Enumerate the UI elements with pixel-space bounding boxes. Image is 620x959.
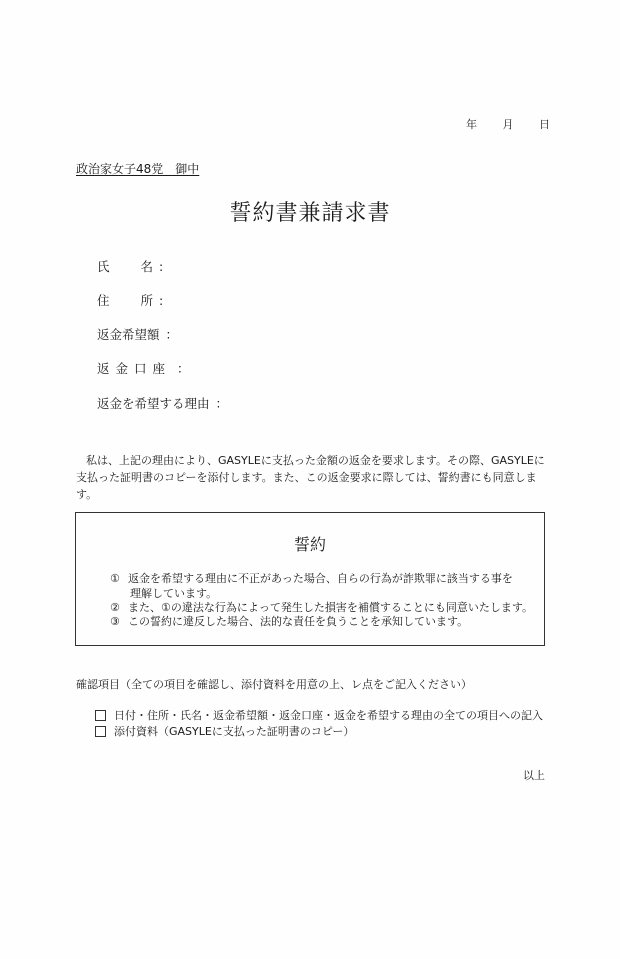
document-title: 誓約書兼請求書: [0, 196, 620, 227]
field-address: 住所:: [97, 291, 163, 309]
addressee: 政治家女子48党 御中: [76, 160, 199, 177]
confirmation-heading: 確認項目（全ての項目を確認し、添付資料を用意の上、レ点をご記入ください）: [76, 676, 472, 692]
checklist-item[interactable]: 日付・住所・氏名・返金希望額・返金口座・返金を希望する理由の全ての項目への記入: [95, 707, 543, 723]
checklist-item[interactable]: 添付資料（GASYLEに支払った証明書のコピー）: [95, 723, 354, 739]
pledge-item: ①返金を希望する理由に不正があった場合、自らの行為が詐欺罪に該当する事を: [110, 570, 513, 586]
field-refund-account: 返金口座：: [97, 359, 190, 377]
checklist-label: 日付・住所・氏名・返金希望額・返金口座・返金を希望する理由の全ての項目への記入: [114, 707, 543, 723]
pledge-item: ③この誓約に違反した場合、法的な責任を負うことを承知しています。: [110, 613, 468, 629]
month-label: 月: [503, 116, 514, 132]
year-label: 年: [466, 116, 477, 132]
checklist-label: 添付資料（GASYLEに支払った証明書のコピー）: [114, 723, 354, 739]
pledge-title: 誓約: [0, 532, 620, 555]
closing-mark: 以上: [523, 767, 545, 783]
pledge-text: 返金を希望する理由に不正があった場合、自らの行為が詐欺罪に該当する事を: [128, 572, 513, 585]
field-colon: ：: [177, 361, 190, 376]
field-label: 返金希望額: [97, 325, 160, 343]
field-colon: :: [159, 259, 163, 274]
field-refund-reason: 返金を希望する理由：: [97, 394, 228, 412]
pledge-number: ①: [110, 572, 128, 585]
field-label: 返金口座: [97, 359, 171, 377]
field-label: 住所: [97, 291, 153, 309]
field-refund-amount: 返金希望額：: [97, 325, 178, 343]
day-label: 日: [539, 116, 550, 132]
date-line: 年 月 日: [466, 116, 550, 132]
field-colon: ：: [216, 396, 229, 411]
statement-paragraph: 私は、上記の理由により、GASYLEに支払った金額の返金を要求します。その際、G…: [76, 452, 550, 503]
pledge-text: この誓約に違反した場合、法的な責任を負うことを承知しています。: [128, 615, 468, 628]
checkbox[interactable]: [95, 726, 106, 737]
field-colon: ：: [166, 327, 179, 342]
checkbox[interactable]: [95, 710, 106, 721]
pledge-number: ③: [110, 615, 128, 628]
field-colon: :: [159, 293, 163, 308]
field-label: 氏名: [97, 257, 153, 275]
field-label: 返金を希望する理由: [97, 394, 210, 412]
field-name: 氏名:: [97, 257, 163, 275]
